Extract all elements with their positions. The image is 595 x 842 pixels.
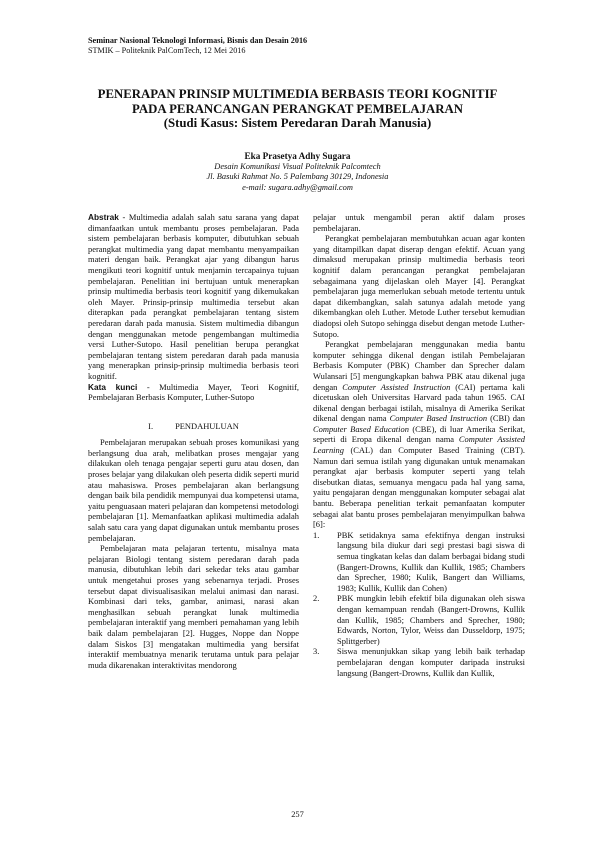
abstract-label: Abstrak: [88, 212, 119, 222]
list-number: 1.: [313, 530, 319, 541]
section-number: I.: [148, 421, 153, 431]
page-number: 257: [0, 810, 595, 819]
list-text: Siswa menunjukkan sikap yang lebih baik …: [337, 646, 525, 677]
paragraph: pelajar untuk mengambil peran aktif dala…: [313, 212, 525, 233]
findings-list: 1.PBK setidaknya sama efektifnya dengan …: [313, 530, 525, 678]
right-column: pelajar untuk mengambil peran aktif dala…: [313, 212, 525, 678]
paragraph: Perangkat pembelajaran menggunakan media…: [313, 339, 525, 530]
text-run: (CBI) dan: [487, 413, 525, 423]
title-line-2: PADA PERANCANGAN PERANGKAT PEMBELAJARAN: [60, 102, 535, 117]
title-line-3: (Studi Kasus: Sistem Peredaran Darah Man…: [60, 116, 535, 131]
author-email[interactable]: e-mail: sugara.adhy@gmail.com: [60, 183, 535, 194]
italic-term: Computer Assisted Instruction: [342, 382, 450, 392]
conference-name: Seminar Nasional Teknologi Informasi, Bi…: [88, 36, 307, 46]
author-address: Jl. Basuki Rahmat No. 5 Palembang 30129,…: [60, 172, 535, 183]
running-header: Seminar Nasional Teknologi Informasi, Bi…: [88, 36, 307, 56]
italic-term: Computer Based Instruction: [390, 413, 487, 423]
title-line-1: PENERAPAN PRINSIP MULTIMEDIA BERBASIS TE…: [60, 87, 535, 102]
paragraph: Pembelajaran mata pelajaran tertentu, mi…: [88, 543, 299, 670]
list-number: 3.: [313, 646, 319, 657]
paragraph: Pembelajaran merupakan sebuah proses kom…: [88, 437, 299, 543]
author-name: Eka Prasetya Adhy Sugara: [60, 151, 535, 162]
section-title: PENDAHULUAN: [175, 421, 239, 431]
list-text: PBK setidaknya sama efektifnya dengan in…: [337, 530, 525, 593]
list-item: 3.Siswa menunjukkan sikap yang lebih bai…: [313, 646, 525, 678]
keywords: Kata kunci - Multimedia Mayer, Teori Kog…: [88, 382, 299, 403]
list-item: 2.PBK mungkin lebih efektif bila digunak…: [313, 593, 525, 646]
keywords-label: Kata kunci: [88, 382, 137, 392]
list-number: 2.: [313, 593, 319, 604]
abstract-text: - Multimedia adalah salah satu sarana ya…: [88, 212, 299, 381]
italic-term: Computer Based Education: [313, 424, 409, 434]
list-item: 1.PBK setidaknya sama efektifnya dengan …: [313, 530, 525, 594]
abstract: Abstrak - Multimedia adalah salah satu s…: [88, 212, 299, 382]
section-heading: I.PENDAHULUAN: [88, 421, 299, 432]
paragraph: Perangkat pembelajaran membutuhkan acuan…: [313, 233, 525, 339]
paper-title: PENERAPAN PRINSIP MULTIMEDIA BERBASIS TE…: [60, 87, 535, 131]
left-column: Abstrak - Multimedia adalah salah satu s…: [88, 212, 299, 670]
list-text: PBK mungkin lebih efektif bila digunakan…: [337, 593, 525, 645]
venue-date: STMIK – Politeknik PalComTech, 12 Mei 20…: [88, 46, 307, 56]
author-block: Eka Prasetya Adhy Sugara Desain Komunika…: [60, 151, 535, 193]
text-run: (CAL) dan Computer Based Training (CBT).…: [313, 445, 525, 529]
author-affiliation: Desain Komunikasi Visual Politeknik Palc…: [60, 162, 535, 173]
